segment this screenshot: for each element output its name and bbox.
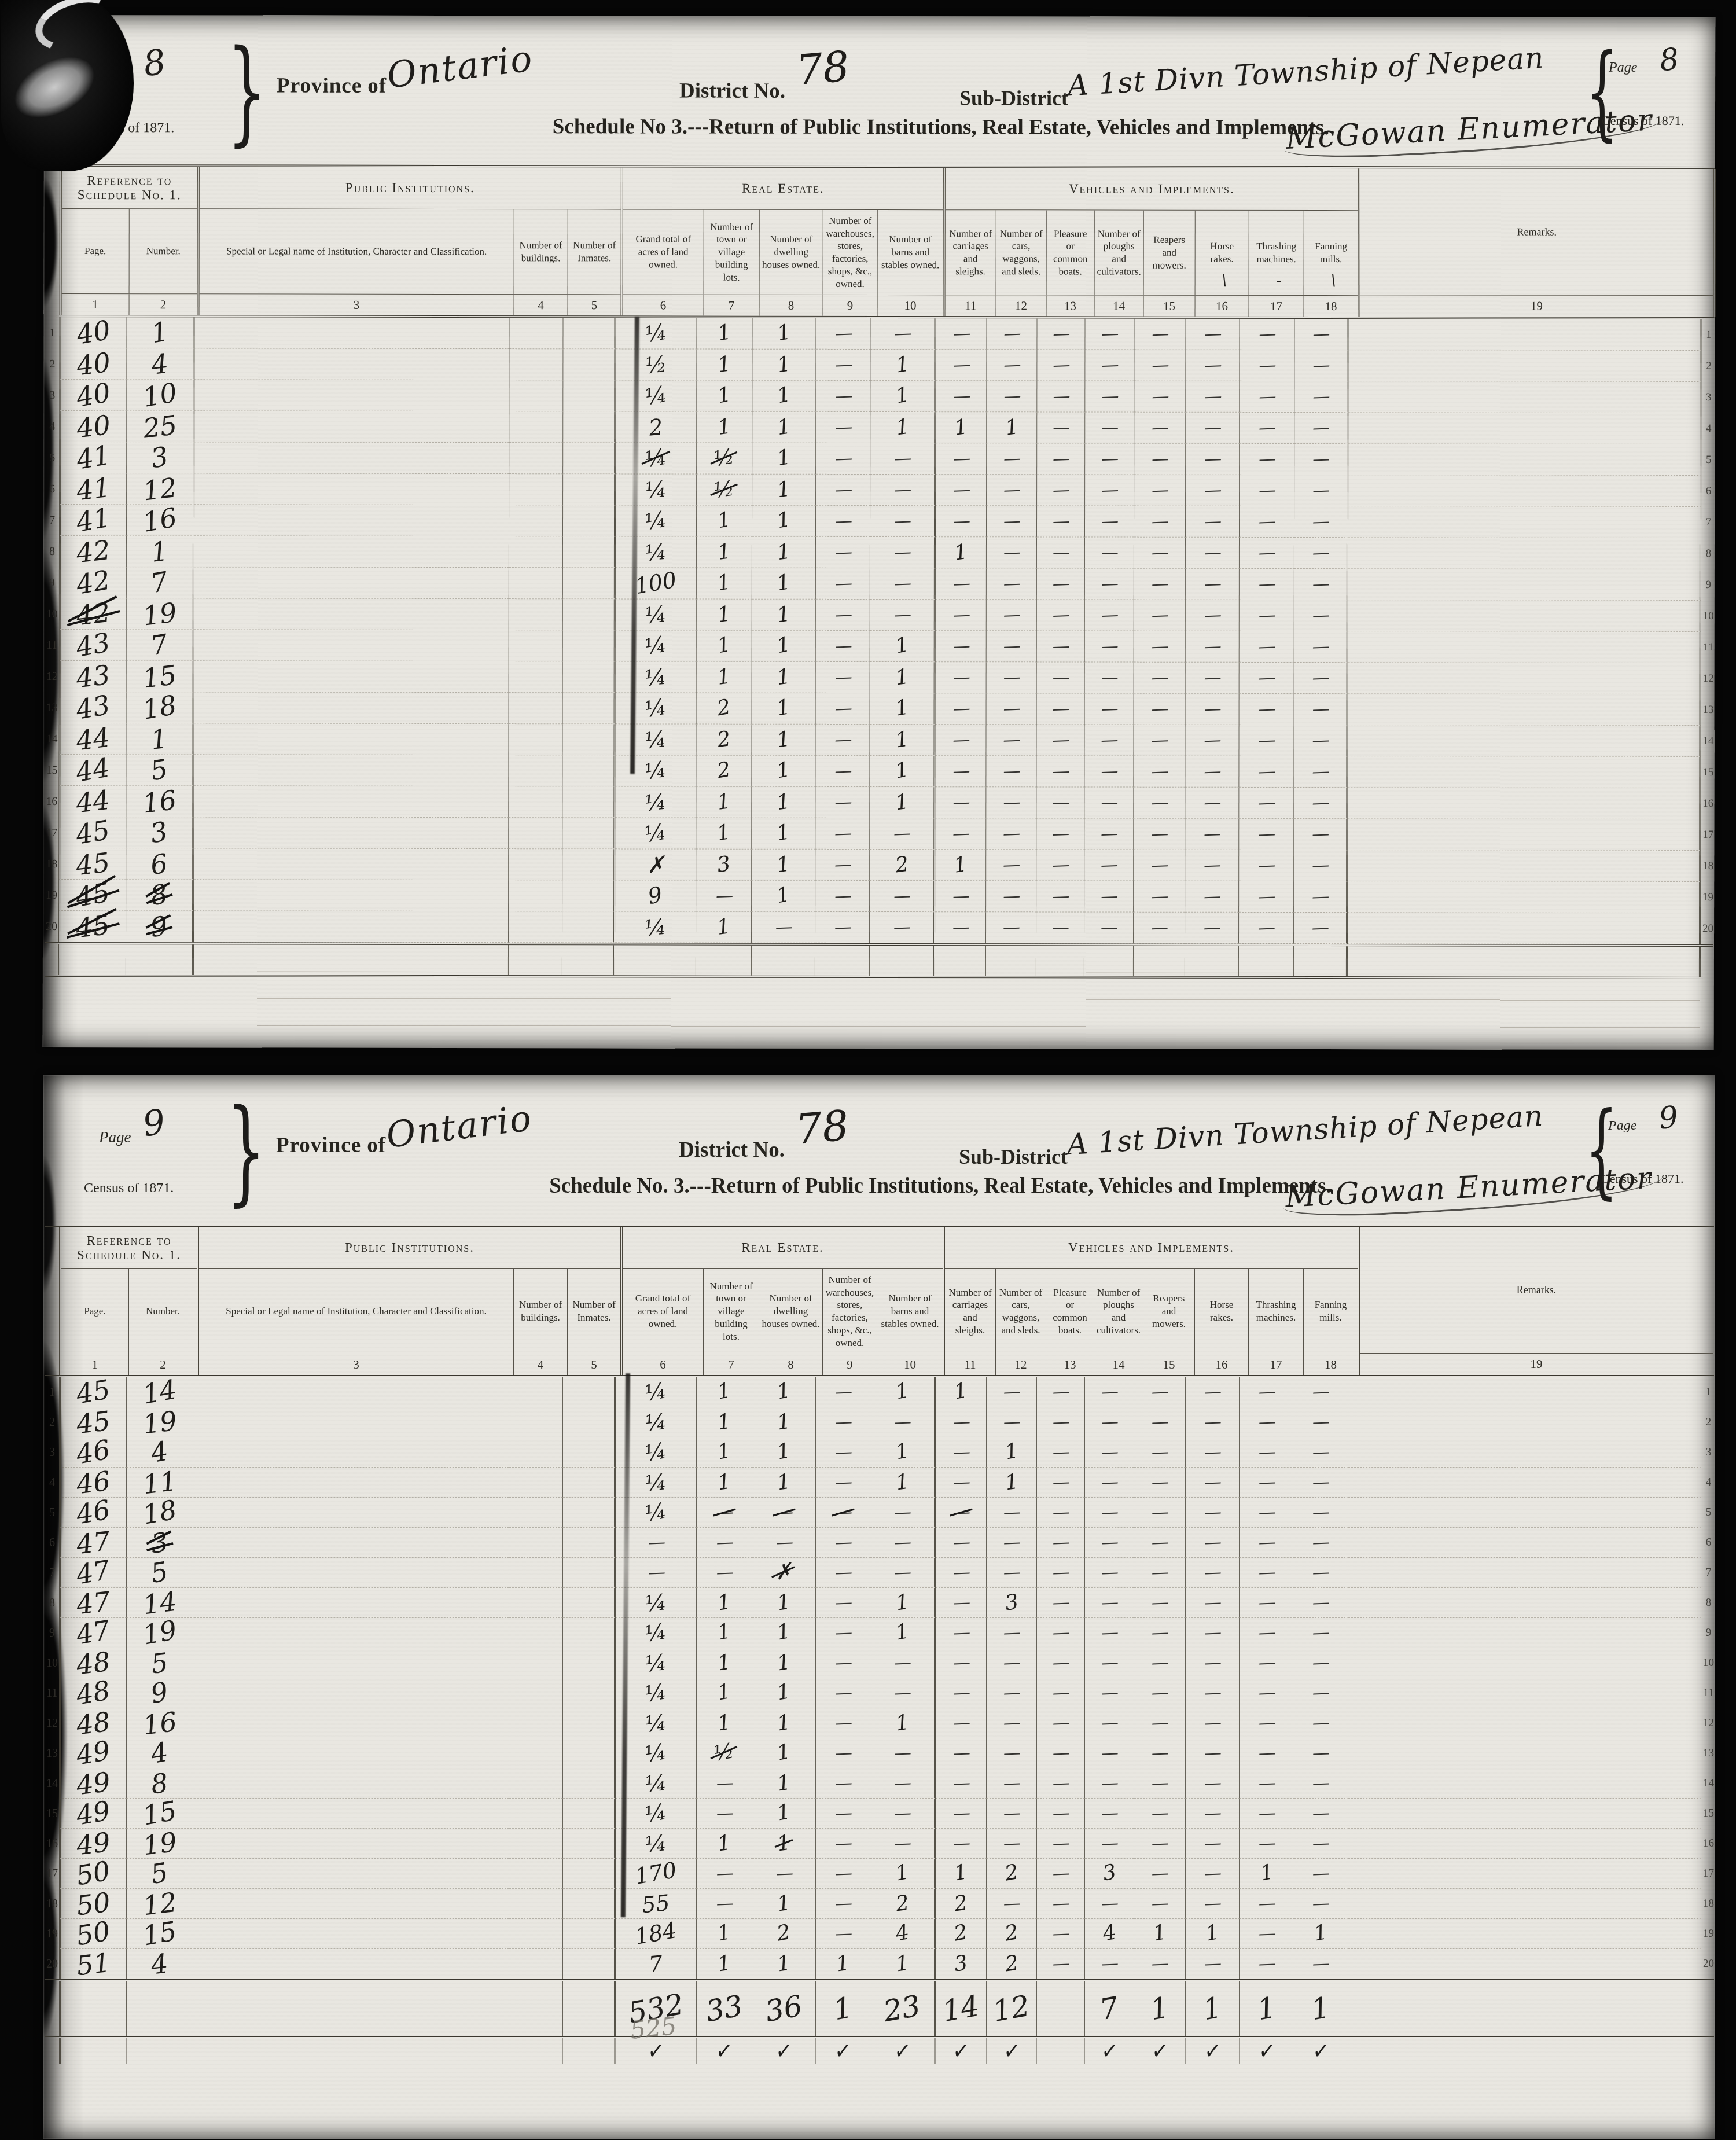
cell-value: 3 <box>952 1951 969 1977</box>
cell-value: 41 <box>74 501 113 538</box>
cell-c11: — <box>936 443 987 475</box>
cell-c11: — <box>936 1558 987 1588</box>
column-number-15: 15 <box>1144 296 1196 317</box>
cell-value: — <box>834 1412 851 1433</box>
cell-value: 1 <box>716 1831 732 1856</box>
cell-c10: — <box>870 1407 936 1437</box>
cell-c15: 1 <box>1134 1919 1186 1949</box>
cell-c15: — <box>1134 1558 1186 1588</box>
cell-c9: — <box>816 443 870 475</box>
row-number-right: 6 <box>1701 476 1716 507</box>
cell-value: — <box>1258 667 1275 688</box>
cell-c2: 1 <box>127 536 194 567</box>
cell-c12: — <box>987 1648 1037 1678</box>
cell-c12: — <box>986 912 1036 943</box>
cell-c14: 4 <box>1085 1919 1134 1949</box>
cell-value: — <box>1258 698 1275 719</box>
subdistrict-value-handwritten: A 1st Divn Township of Nepean <box>1066 1099 1544 1161</box>
cell-c10: — <box>870 1738 936 1768</box>
cell-c7: 1 <box>697 1829 752 1859</box>
cell-value: — <box>1151 1803 1168 1824</box>
column-group-title: Vehicles and Implements. <box>945 1227 1358 1269</box>
cell-c4 <box>509 1738 563 1768</box>
cell-c13: — <box>1037 1468 1085 1498</box>
table-row: 15445¼21—1————————15 <box>45 755 1713 788</box>
header-group-block: Public Institutions.Special or Legal nam… <box>199 1227 623 1375</box>
cell-value: — <box>1204 542 1220 563</box>
column-number-4: 4 <box>514 1354 568 1375</box>
cell-c19 <box>1348 1648 1701 1678</box>
cell-value: — <box>1101 542 1117 563</box>
cell-c4 <box>509 1377 563 1407</box>
cell-value: — <box>1258 1773 1275 1794</box>
cell-value: — <box>1101 698 1117 719</box>
cell-value: — <box>894 480 911 501</box>
cell-c17: — <box>1240 1437 1294 1468</box>
cell-value: 1 <box>775 383 793 408</box>
cell-value: — <box>1101 1532 1117 1553</box>
table-row: 17453¼11——————————17 <box>45 817 1713 851</box>
cell-value: — <box>1204 1412 1220 1433</box>
column-number-15: 15 <box>1143 1354 1195 1375</box>
column-number-10: 10 <box>878 295 943 316</box>
cell-value: 1 <box>834 1951 851 1977</box>
cell-c17: — <box>1239 756 1294 788</box>
cell-c2: 12 <box>127 1889 194 1919</box>
cell-c4 <box>509 1407 563 1437</box>
cell-c11: — <box>936 1588 987 1618</box>
cell-value: — <box>834 1562 851 1583</box>
cell-c16: — <box>1186 475 1240 506</box>
cell-value: — <box>893 1502 910 1523</box>
row-number-left: 19 <box>45 1919 59 1949</box>
cell-c13: — <box>1037 1528 1085 1558</box>
cell-value: — <box>952 667 969 688</box>
row-number-left: 16 <box>45 786 58 817</box>
row-number-right: 5 <box>1701 1498 1716 1528</box>
cell-c4 <box>509 1528 563 1558</box>
cell-value: — <box>1312 855 1329 876</box>
cell-value: — <box>1312 574 1329 595</box>
cell-value: — <box>834 1893 851 1914</box>
cell-value: — <box>1052 792 1069 813</box>
cell-value: — <box>1258 855 1275 876</box>
row-number-left: 5 <box>45 442 59 473</box>
cell-c4 <box>509 1498 563 1528</box>
cell-value: — <box>834 354 851 375</box>
column-title-18: Fanning mills. <box>1304 1269 1358 1354</box>
cell-value: — <box>834 1653 851 1674</box>
cell-c3 <box>194 723 509 755</box>
cell-c5 <box>563 1648 616 1678</box>
cell-c14: — <box>1085 318 1134 350</box>
column-number-4: 4 <box>514 295 568 315</box>
cell-value: 1 <box>775 1439 792 1464</box>
cell-c12: — <box>987 350 1037 381</box>
cell-c18: — <box>1294 1528 1348 1558</box>
cell-c17: — <box>1239 913 1294 944</box>
cell-value: — <box>1204 667 1220 688</box>
cell-c6: ¼ <box>616 661 697 693</box>
cell-c6: ¼ <box>616 443 697 474</box>
cell-value: — <box>1003 1773 1020 1794</box>
cell-value: 2 <box>648 414 664 440</box>
cell-c14: — <box>1085 1407 1134 1437</box>
cell-c17: — <box>1240 1799 1294 1829</box>
cell-value: — <box>1258 1532 1275 1553</box>
cell-c12: — <box>987 1678 1037 1708</box>
gutter <box>1701 1981 1716 2036</box>
cell-value: ½ <box>712 1739 736 1766</box>
cell-c17: — <box>1240 1377 1294 1407</box>
cell-value: 1 <box>775 1771 792 1796</box>
cell-value: — <box>834 1713 851 1734</box>
cell-c7: 2 <box>697 693 752 725</box>
cell-c13: — <box>1036 881 1084 912</box>
header-group-block: Real Estate.Grand total of acres of land… <box>623 1227 945 1375</box>
row-number-left: 14 <box>45 1768 59 1799</box>
cell-value: — <box>1151 1773 1168 1794</box>
cell-value: — <box>952 1803 969 1824</box>
cell-value: — <box>716 1893 733 1914</box>
column-title-16: Horse rakes. <box>1195 1269 1249 1354</box>
cell-c19 <box>1348 1377 1701 1407</box>
cell-c16: — <box>1186 1407 1240 1437</box>
cell-value: — <box>1258 1803 1275 1824</box>
table-row: 11489¼11——————————11 <box>45 1678 1714 1708</box>
cell-c19 <box>1348 819 1701 851</box>
cell-value: — <box>1204 1653 1220 1674</box>
table-row: 14498¼—1——————————14 <box>45 1768 1714 1799</box>
province-label: Province of <box>277 73 387 98</box>
cell-c5 <box>563 1377 616 1407</box>
cell-c16: — <box>1186 1498 1240 1528</box>
cell-value: 1 <box>894 352 910 378</box>
cell-c19 <box>1348 946 1701 977</box>
row-number-right: 2 <box>1701 351 1716 382</box>
cell-c7: 1 <box>697 1708 752 1738</box>
cell-c19 <box>1348 1981 1701 2036</box>
cell-value: — <box>834 1773 851 1794</box>
cell-value: 7 <box>1097 1990 1121 2027</box>
cell-c14: 3 <box>1085 1859 1134 1889</box>
cell-value: 19 <box>140 1614 179 1650</box>
cell-value: — <box>1257 917 1274 938</box>
row-number-left: 4 <box>45 411 59 442</box>
cell-value: 184 <box>633 1917 679 1950</box>
province-value-handwritten: Ontario <box>384 1097 534 1156</box>
table-body: 1401¼11——————————12404½11—1————————23401… <box>45 317 1715 979</box>
cell-value: 9 <box>646 881 664 909</box>
column-number-19: 19 <box>1360 295 1713 317</box>
cell-value: — <box>1101 1833 1117 1854</box>
cell-c13: — <box>1036 725 1084 756</box>
cell-c4 <box>509 1859 563 1889</box>
cell-c3 <box>194 1498 509 1528</box>
cell-c3 <box>194 348 509 380</box>
cell-value: 1 <box>894 1951 910 1977</box>
cell-value: — <box>1204 730 1220 751</box>
cell-value: — <box>1312 887 1329 907</box>
cell-value: — <box>1203 917 1220 938</box>
column-group-title: Real Estate. <box>623 1227 943 1269</box>
cell-c8: 1 <box>752 1708 816 1738</box>
cell-value: — <box>1312 1442 1329 1463</box>
cell-value: — <box>1101 1743 1117 1764</box>
cell-c7: — <box>697 1799 752 1829</box>
cell-c2: 5 <box>127 1859 194 1889</box>
cell-c9: — <box>816 693 870 725</box>
cell-c10: — <box>870 1558 936 1588</box>
column-title-3: Special or Legal name of Institution, Ch… <box>200 209 514 294</box>
cell-c8: 1 <box>752 756 815 787</box>
cell-value: — <box>1151 730 1168 751</box>
cell-value: — <box>834 479 851 500</box>
table-row: 124816¼11—1————————12 <box>45 1708 1714 1738</box>
cell-c18: — <box>1294 1377 1348 1407</box>
cell-value: — <box>1101 323 1118 344</box>
cell-c17 <box>1239 946 1294 976</box>
remarks-header-block: Remarks.19 <box>1360 1227 1715 1375</box>
cell-c5 <box>563 411 616 443</box>
cell-c7 <box>696 946 752 976</box>
cell-c7: 1 <box>697 662 752 693</box>
cell-value: — <box>1052 605 1069 626</box>
cell-c5 <box>562 880 615 911</box>
cell-c8: 1 <box>752 1648 816 1678</box>
cell-value: — <box>952 1773 969 1794</box>
cell-c14: — <box>1085 1738 1134 1768</box>
cell-value: — <box>1052 886 1069 907</box>
cell-c17: — <box>1240 506 1294 538</box>
cell-c14: — <box>1084 725 1134 756</box>
cell-value: 1 <box>716 320 733 345</box>
cell-c13: — <box>1037 568 1085 600</box>
cell-value: — <box>1053 448 1069 469</box>
cell-c3 <box>194 1588 509 1618</box>
cell-c7: — <box>697 1859 752 1889</box>
cell-c13: — <box>1037 1678 1085 1708</box>
cell-value: — <box>648 1562 664 1583</box>
table-row: 104219¼11——————————10 <box>45 598 1714 632</box>
cell-value: 16 <box>141 1705 179 1741</box>
cell-c15: — <box>1134 631 1186 663</box>
cell-c17: — <box>1240 600 1294 631</box>
cell-c16: — <box>1186 1889 1240 1919</box>
left-brace-glyph: } <box>227 35 267 148</box>
right-gutter-header <box>1715 1227 1730 1375</box>
cell-c3 <box>194 1829 509 1859</box>
cell-c17: — <box>1240 631 1294 663</box>
cell-value: — <box>716 1803 733 1824</box>
cell-value: — <box>1312 324 1329 345</box>
cell-value: — <box>1258 1472 1275 1493</box>
cell-c7: 2 <box>696 756 752 787</box>
cell-c16: — <box>1186 444 1240 475</box>
cell-c6: ¼ <box>615 724 696 755</box>
cell-value: — <box>1258 1593 1275 1613</box>
cell-c10: — <box>870 1768 936 1799</box>
cell-c11: — <box>935 756 986 787</box>
cell-c6: ¼ <box>615 786 696 818</box>
cell-c2 <box>127 1981 194 2036</box>
cell-c16: — <box>1186 1437 1240 1468</box>
cell-c11: 1 <box>936 537 987 568</box>
cell-c7: 3 <box>696 850 752 881</box>
cell-value: — <box>1052 761 1069 782</box>
cell-value: — <box>834 917 851 937</box>
column-number-5: 5 <box>568 295 621 315</box>
cell-c14: — <box>1084 756 1134 787</box>
cell-c2: 16 <box>126 786 194 817</box>
cell-c10: — <box>870 1678 936 1708</box>
cell-c9: — <box>816 1618 870 1648</box>
cell-c2: 5 <box>126 755 194 786</box>
cell-value: — <box>1259 417 1275 438</box>
row-number-right: 16 <box>1701 1829 1716 1859</box>
cell-value: — <box>1204 1833 1220 1854</box>
cell-c8: — <box>752 912 815 943</box>
cell-value: — <box>1151 1442 1168 1463</box>
cell-c7: 1 <box>697 1678 752 1708</box>
cell-value: — <box>1052 1683 1069 1704</box>
cell-value: 1 <box>893 727 910 753</box>
cell-c11: — <box>936 381 987 412</box>
cell-value: — <box>1101 448 1118 469</box>
cell-value: — <box>1052 542 1069 563</box>
cell-c15: — <box>1134 694 1186 725</box>
cell-c15: — <box>1134 1588 1186 1618</box>
cell-c10: 1 <box>870 1949 936 1979</box>
cell-value: 1 <box>149 315 171 349</box>
cell-c10: 4 <box>870 1919 936 1949</box>
cell-value: 1 <box>775 695 792 720</box>
cell-c2: 4 <box>127 1437 194 1468</box>
cell-c8: 1 <box>752 1377 816 1407</box>
cell-value: 1 <box>775 633 792 658</box>
cell-value: — <box>1052 1893 1069 1914</box>
cell-value: 1 <box>953 415 969 440</box>
cell-value: — <box>1258 1382 1275 1403</box>
cell-c13: — <box>1037 443 1085 475</box>
cell-c4 <box>509 1889 563 1919</box>
cell-c3 <box>194 1981 509 2036</box>
cell-c2: 8 <box>127 1768 194 1799</box>
cell-value: 1 <box>715 1679 733 1705</box>
cell-c2: 8 <box>126 880 194 911</box>
cell-value: — <box>1258 1502 1275 1523</box>
cell-c19 <box>1348 663 1701 694</box>
column-title-10: Number of barns and stables owned. <box>877 1269 943 1354</box>
cell-c5 <box>563 693 616 724</box>
table-row: 64112¼½1——————————6 <box>45 473 1714 507</box>
cell-c17: 1 <box>1240 1981 1294 2036</box>
cell-c8: 1 <box>752 443 816 475</box>
row-number-right: 8 <box>1701 538 1716 569</box>
row-number-left: 17 <box>45 1859 59 1889</box>
cell-value: — <box>1003 1803 1020 1824</box>
cell-c10: — <box>870 1528 936 1558</box>
cell-value: ¼ <box>644 1770 668 1797</box>
table-row: 17505170———112—3——1—17 <box>45 1859 1714 1889</box>
cell-value: — <box>1204 386 1221 407</box>
cell-value: — <box>1101 761 1117 782</box>
cell-c9: — <box>815 756 870 787</box>
column-title-6: Grand total of acres of land owned. <box>623 1269 704 1354</box>
cell-c1: 40 <box>59 348 127 380</box>
row-number-right: 18 <box>1701 851 1715 882</box>
cell-c15: — <box>1134 569 1186 600</box>
cell-c8: 1 <box>752 881 815 912</box>
column-title-12: Number of cars, waggons, and sleds. <box>996 210 1047 295</box>
cell-value: — <box>1003 1653 1020 1674</box>
cell-value: — <box>834 385 851 406</box>
cell-c14: — <box>1085 1498 1134 1528</box>
cell-value: 1 <box>1003 415 1020 440</box>
cell-c11: 1 <box>936 1377 987 1407</box>
cell-c10: 1 <box>870 1859 936 1889</box>
cell-value: — <box>893 573 910 594</box>
cell-c9: — <box>816 662 870 693</box>
cell-value: — <box>1258 1623 1275 1643</box>
cell-c5 <box>563 1528 616 1558</box>
cell-value: — <box>1258 886 1275 907</box>
cell-value: 1 <box>715 633 733 658</box>
cell-c17: — <box>1240 1919 1294 1949</box>
cell-value: — <box>1312 1532 1329 1553</box>
cell-c19 <box>1348 600 1701 632</box>
cell-c5 <box>563 1829 616 1859</box>
cell-value: — <box>1101 1713 1117 1734</box>
cell-c3 <box>194 1618 509 1648</box>
cell-c3 <box>194 880 509 911</box>
cell-c1: 45 <box>58 848 126 880</box>
cell-value: — <box>1258 1653 1275 1674</box>
cell-c10: — <box>870 318 936 350</box>
row-number-left: 15 <box>45 1799 59 1829</box>
cell-c3 <box>194 536 509 568</box>
cell-c17: — <box>1239 788 1294 819</box>
cell-value: — <box>1003 448 1020 469</box>
cell-c18: — <box>1294 881 1348 913</box>
cell-value: — <box>775 1863 792 1884</box>
table-header: Reference to Schedule No. 1.Page.Number.… <box>46 164 1715 319</box>
cell-c3 <box>194 630 509 661</box>
page-number-right-handwritten: 8 <box>1658 42 1680 78</box>
cell-value: ✗ <box>645 851 666 878</box>
cell-value: — <box>1003 855 1020 876</box>
cell-value: — <box>952 1653 969 1674</box>
cell-value: — <box>1258 1683 1275 1704</box>
cell-value: — <box>1101 1562 1117 1583</box>
cell-c12: — <box>987 1558 1037 1588</box>
cell-c11: — <box>936 693 987 725</box>
cell-value: 170 <box>633 1857 679 1889</box>
cell-value: — <box>1150 917 1167 938</box>
row-number-right: 4 <box>1701 413 1716 444</box>
cell-c5 <box>562 755 615 786</box>
gutter <box>45 944 58 975</box>
column-number-14: 14 <box>1095 296 1144 317</box>
cell-c10: 1 <box>870 662 936 693</box>
cell-c5 <box>563 1949 616 1979</box>
cell-value: 2 <box>715 695 733 720</box>
cell-c16: — <box>1186 1678 1240 1708</box>
cell-value: ¼ <box>644 476 668 503</box>
cell-value: 3 <box>148 815 170 849</box>
cell-c1: 47 <box>59 1558 127 1588</box>
cell-value: — <box>893 542 910 563</box>
